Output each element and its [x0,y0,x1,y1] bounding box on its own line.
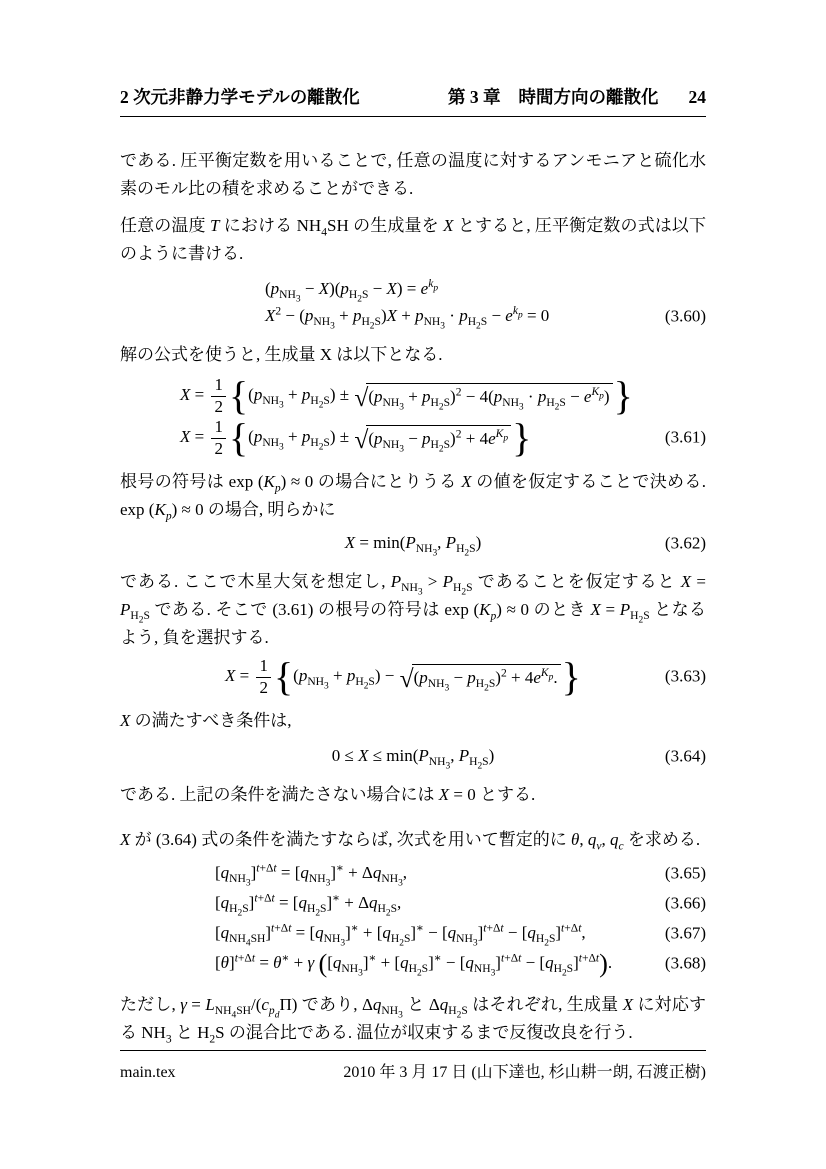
running-header: 2 次元非静力学モデルの離散化 第 3 章 時間方向の離散化 24 [120,84,706,117]
paragraph-9: ただし, γ = LNH4SH/(cpdΠ) であり, ΔqNH3 と ΔqH2… [120,991,706,1047]
footer-filename: main.tex [120,1064,176,1082]
footer-date-authors: 2010 年 3 月 17 日 (山下達也, 杉山耕一朗, 石渡正樹) [343,1059,706,1082]
equation-number: (3.60) [665,305,706,328]
equation-group-3-65-3-68: [qNH3]t+Δt = [qNH3]∗ + ΔqNH3, (3.65) [qH… [120,860,706,977]
paragraph-1: である. 圧平衡定数を用いることで, 任意の温度に対するアンモニアと硫化水素のモ… [120,147,706,203]
equation-3-60: (pNH3 − X)(pH2S − X) = ekp X2 − (pNH3 + … [120,276,706,330]
equation-3-63: X = 12{(pNH3 + pH2S) − √(pNH3 − pH2S)2 +… [120,656,706,698]
running-header-right: 第 3 章 時間方向の離散化 24 [448,84,706,109]
equation-3-66: [qH2S]t+Δt = [qH2S]∗ + ΔqH2S, (3.66) [120,890,706,917]
chapter-title: 時間方向の離散化 [519,84,659,109]
equation-line: X = 12{(pNH3 + pH2S) ± √(pNH3 − pH2S)2 +… [120,417,706,459]
equation-3-65: [qNH3]t+Δt = [qNH3]∗ + ΔqNH3, (3.65) [120,860,706,887]
paragraph-4: 根号の符号は exp (Kp) ≈ 0 の場合にとりうる X の値を仮定すること… [120,468,706,524]
equation-number: (3.63) [665,666,706,689]
document-page: 2 次元非静力学モデルの離散化 第 3 章 時間方向の離散化 24 である. 圧… [0,0,826,1169]
paragraph-2: 任意の温度 T における NH4SH の生成量を X とすると, 圧平衡定数の式… [120,212,706,268]
running-header-left-title: 2 次元非静力学モデルの離散化 [120,84,360,109]
equation-number: (3.66) [665,892,706,915]
equation-3-67: [qNH4SH]t+Δt = [qNH3]∗ + [qH2S]∗ − [qNH3… [120,920,706,947]
paragraph-7: である. 上記の条件を満たさない場合には X = 0 とする. [120,781,706,809]
equation-number: (3.67) [665,922,706,945]
equation-number: (3.62) [665,532,706,555]
paragraph-6: X の満たすべき条件は, [120,707,706,735]
equation-number: (3.64) [665,745,706,768]
chapter-label: 第 3 章 [448,84,501,109]
equation-3-62: X = min(PNH3, PH2S) (3.62) [120,530,706,557]
equation-3-64: 0 ≤ X ≤ min(PNH3, PH2S) (3.64) [120,743,706,770]
page-number: 24 [689,87,707,108]
equation-3-61: X = 12{(pNH3 + pH2S) ± √(pNH3 + pH2S)2 −… [120,375,706,459]
paragraph-3: 解の公式を使うと, 生成量 X は以下となる. [120,341,706,369]
equation-number: (3.61) [665,427,706,450]
paragraph-8: X が (3.64) 式の条件を満たすならば, 次式を用いて暫定的に θ, qv… [120,826,706,854]
equation-line: X2 − (pNH3 + pH2S)X + pNH3 · pH2S − ekp … [120,303,706,330]
equation-line: X = 12{(pNH3 + pH2S) ± √(pNH3 + pH2S)2 −… [120,375,706,417]
page-footer: main.tex 2010 年 3 月 17 日 (山下達也, 杉山耕一朗, 石… [120,1050,706,1082]
equation-line: (pNH3 − X)(pH2S − X) = ekp [120,276,706,303]
equation-3-68: [θ]t+Δt = θ∗ + γ ([qNH3]∗ + [qH2S]∗ − [q… [120,950,706,977]
paragraph-5: である. ここで木星大気を想定し, PNH3 > PH2S であることを仮定する… [120,568,706,652]
equation-number: (3.65) [665,862,706,885]
equation-number: (3.68) [665,952,706,975]
